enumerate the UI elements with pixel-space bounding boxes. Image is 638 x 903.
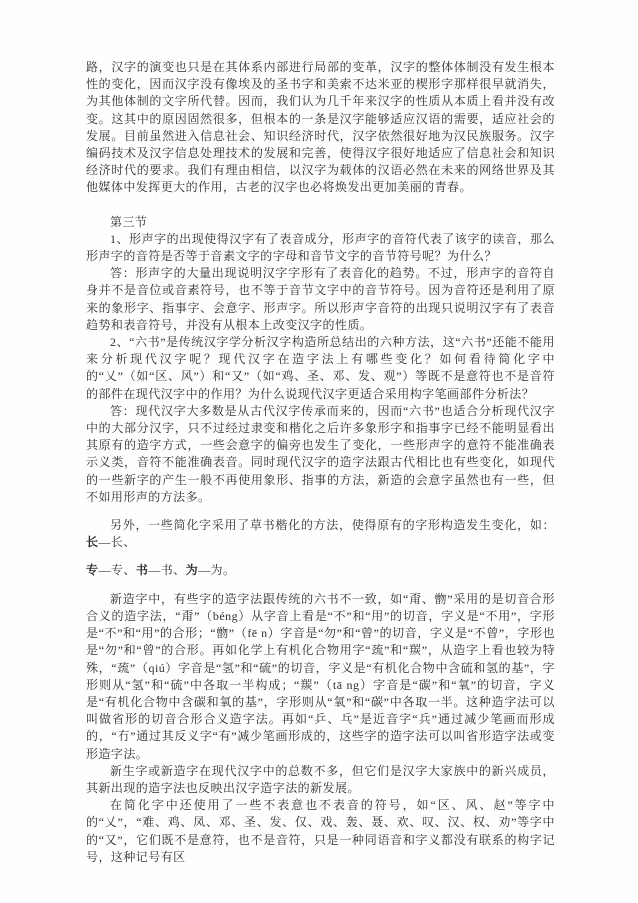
boldface-character: 书 bbox=[136, 563, 148, 577]
paragraph-new-members: 新生字或新造字在现代汉字中的总数不多，但它们是汉字大家族中的新兴成员，其新出现的… bbox=[86, 763, 555, 797]
text-run: —书、 bbox=[148, 563, 185, 577]
text-run: 路，汉字的演变也只是在其体系内部进行局部的变革，汉字的整体体制没有发生根本性的变… bbox=[86, 60, 555, 194]
paragraph-simplified-pairs: 专—专、书—书、为—为。 bbox=[86, 562, 555, 579]
text-run: 新生字或新造字在现代汉字中的总数不多，但它们是汉字大家族中的新兴成员，其新出现的… bbox=[86, 764, 555, 795]
text-run: 2、“六书”是传统汉字学分析汉字构造所总结出的六种方法，这“六书”还能不能用来分… bbox=[86, 335, 555, 401]
paragraph-symbols: 在简化字中还使用了一些不表意也不表音的符号，如“区、风、赵”等字中的“乂”，“难… bbox=[86, 797, 555, 866]
question-2: 2、“六书”是传统汉字学分析汉字构造所总结出的六种方法，这“六书”还能不能用来分… bbox=[86, 334, 555, 403]
text-run: —专、 bbox=[98, 563, 135, 577]
paragraph-cursive-simplification: 另外，一些简化字采用了草书楷化的方法，使得原有的字形构造发生变化，如：长—长、 bbox=[86, 517, 555, 551]
question-1: 1、形声字的出现使得汉字有了表音成分，形声字的音符代表了该字的读音，那么形声字的… bbox=[86, 231, 555, 265]
text-run: 答：现代汉字大多数是从古代汉字传承而来的，因而“六书”也适合分析现代汉字中的大部… bbox=[86, 404, 555, 504]
document-body: 路，汉字的演变也只是在其体系内部进行局部的变革，汉字的整体体制没有发生根本性的变… bbox=[86, 59, 555, 866]
text-run: 第三节 bbox=[110, 215, 147, 229]
answer-1: 答：形声字的大量出现说明汉字字形有了表音化的趋势。不过，形声字的音符自身并不是音… bbox=[86, 265, 555, 334]
paragraph-new-coinages: 新造字中，有些字的造字法跟传统的六书不一致，如“甭、朆”采用的是切音合形合义的造… bbox=[86, 591, 555, 763]
boldface-character: 长 bbox=[86, 535, 98, 549]
answer-2: 答：现代汉字大多数是从古代汉字传承而来的，因而“六书”也适合分析现代汉字中的大部… bbox=[86, 403, 555, 506]
boldface-character: 为 bbox=[186, 563, 198, 577]
text-run: —为。 bbox=[198, 563, 235, 577]
boldface-character: 专 bbox=[86, 563, 98, 577]
text-run: 答：形声字的大量出现说明汉字字形有了表音化的趋势。不过，形声字的音符自身并不是音… bbox=[86, 266, 555, 332]
paragraph-continuation: 路，汉字的演变也只是在其体系内部进行局部的变革，汉字的整体体制没有发生根本性的变… bbox=[86, 59, 555, 197]
text-run: 在简化字中还使用了一些不表意也不表音的符号，如“区、风、赵”等字中的“乂”，“难… bbox=[86, 798, 555, 864]
document-page: 路，汉字的演变也只是在其体系内部进行局部的变革，汉字的整体体制没有发生根本性的变… bbox=[0, 0, 638, 903]
text-run: 新造字中，有些字的造字法跟传统的六书不一致，如“甭、朆”采用的是切音合形合义的造… bbox=[86, 592, 555, 761]
text-run: —长、 bbox=[98, 535, 135, 549]
section-heading: 第三节 bbox=[86, 214, 555, 231]
text-run: 另外，一些简化字采用了草书楷化的方法，使得原有的字形构造发生变化，如： bbox=[110, 518, 555, 532]
text-run: 1、形声字的出现使得汉字有了表音成分，形声字的音符代表了该字的读音，那么形声字的… bbox=[86, 232, 555, 263]
